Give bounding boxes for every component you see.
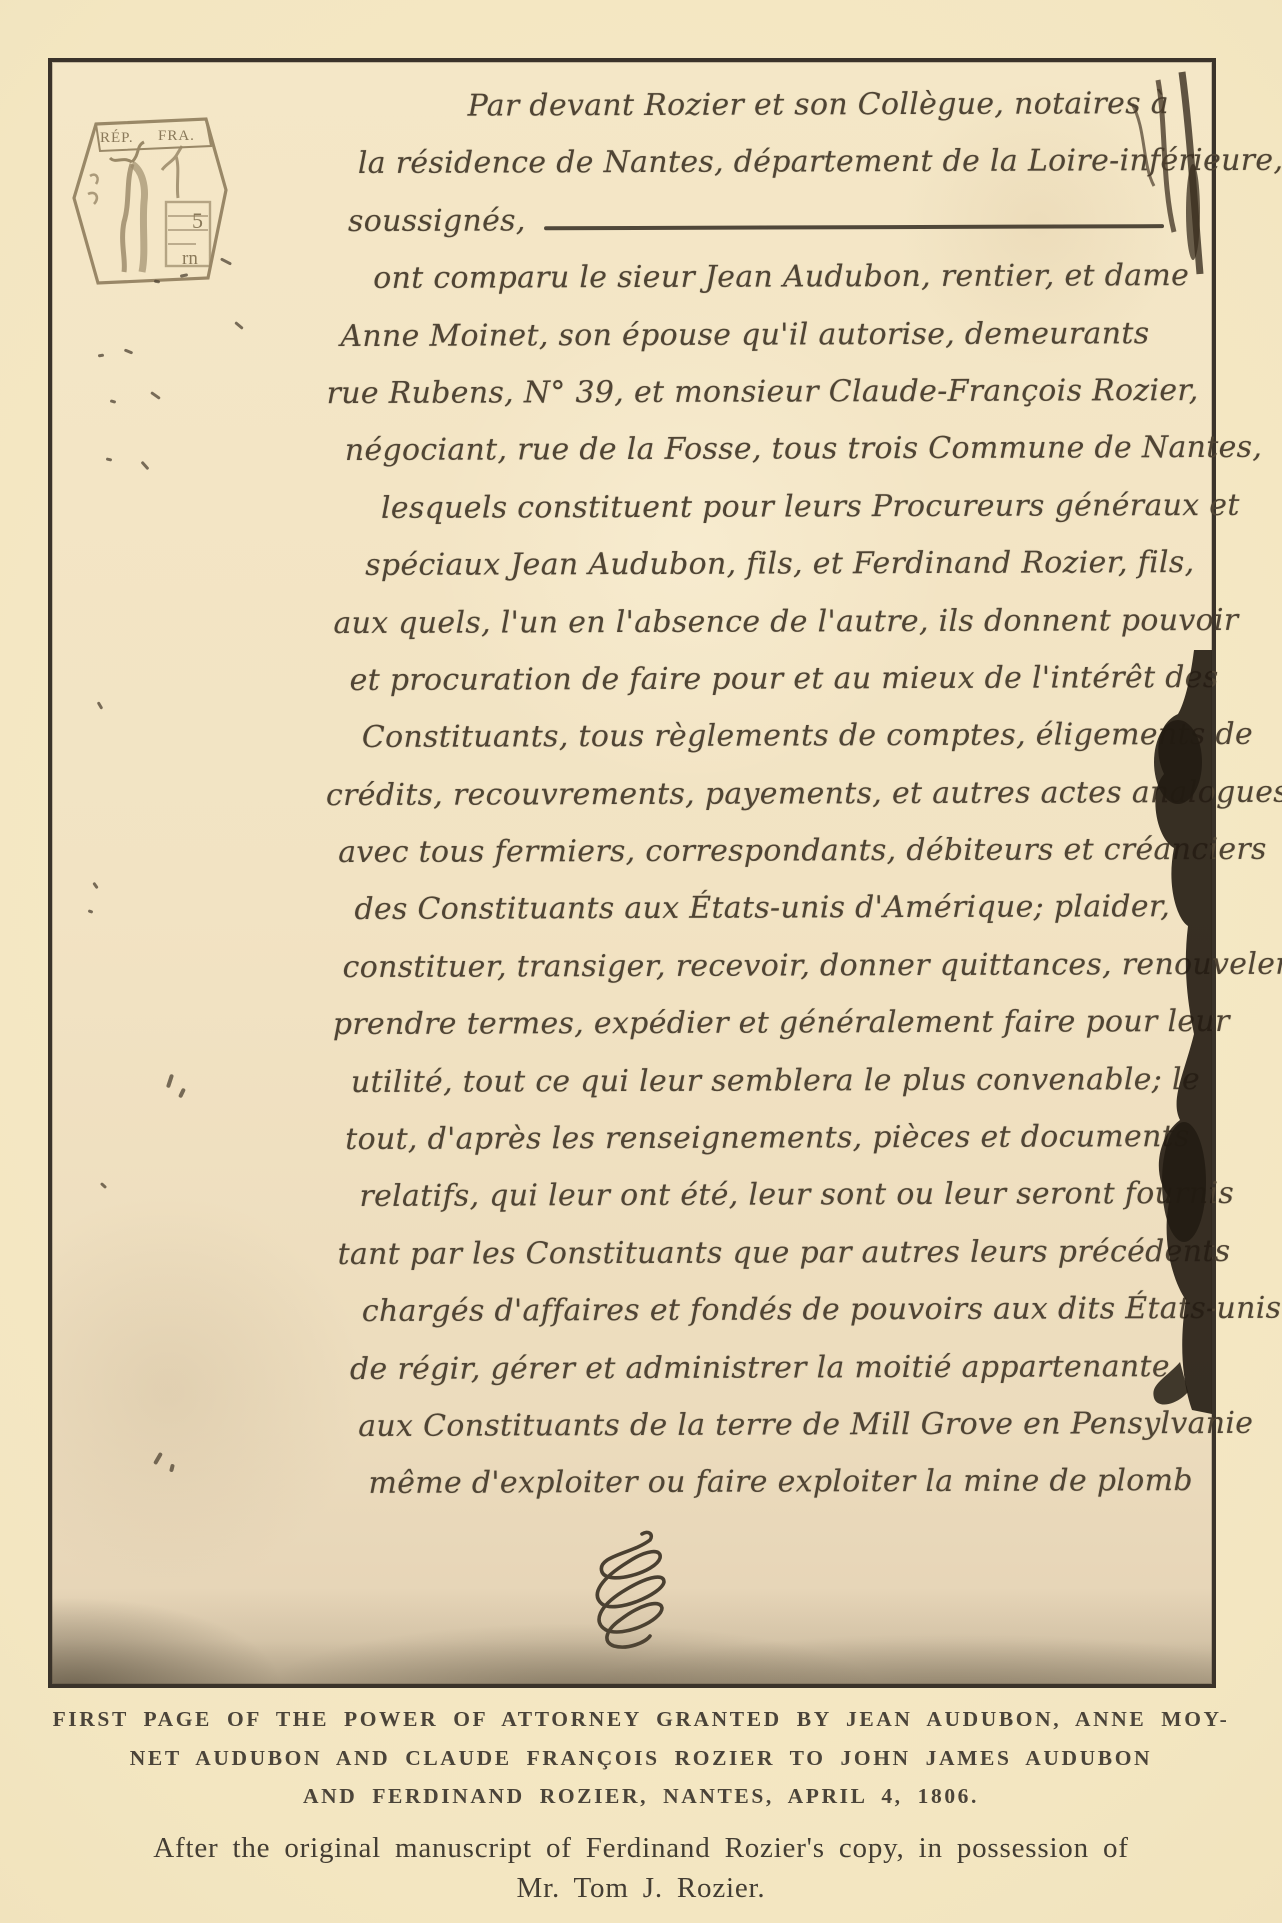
manuscript-line-text: des Constituants aux États-unis d'Amériq…	[354, 890, 1170, 928]
caption-credit-line: Mr. Tom J. Rozier.	[0, 1868, 1282, 1908]
torn-edge-artifact	[1062, 62, 1212, 1684]
caption-credit-line: After the original manuscript of Ferdina…	[0, 1828, 1282, 1868]
caption-title-line: NET AUDUBON AND CLAUDE FRANÇOIS ROZIER T…	[0, 1739, 1282, 1778]
plate-caption: FIRST PAGE OF THE POWER OF ATTORNEY GRAN…	[0, 1700, 1282, 1908]
manuscript-text-block: Par devant Rozier et son Collègue, notai…	[49, 60, 1214, 1525]
caption-title-line: FIRST PAGE OF THE POWER OF ATTORNEY GRAN…	[0, 1700, 1282, 1739]
manuscript-line-text: soussignés,	[348, 203, 526, 239]
manuscript-photograph: RÉP. FRA. 5 rn Par devant Rozier et son …	[48, 58, 1216, 1688]
manuscript-line-text: Anne Moinet, son épouse qu'il autorise, …	[340, 316, 1149, 354]
manuscript-line-text: de régir, gérer et administrer la moitié…	[350, 1349, 1170, 1387]
scan-page: RÉP. FRA. 5 rn Par devant Rozier et son …	[0, 0, 1282, 1923]
paraph-flourish-icon	[550, 1528, 710, 1688]
caption-title-line: AND FERDINAND ROZIER, NANTES, APRIL 4, 1…	[0, 1777, 1282, 1816]
